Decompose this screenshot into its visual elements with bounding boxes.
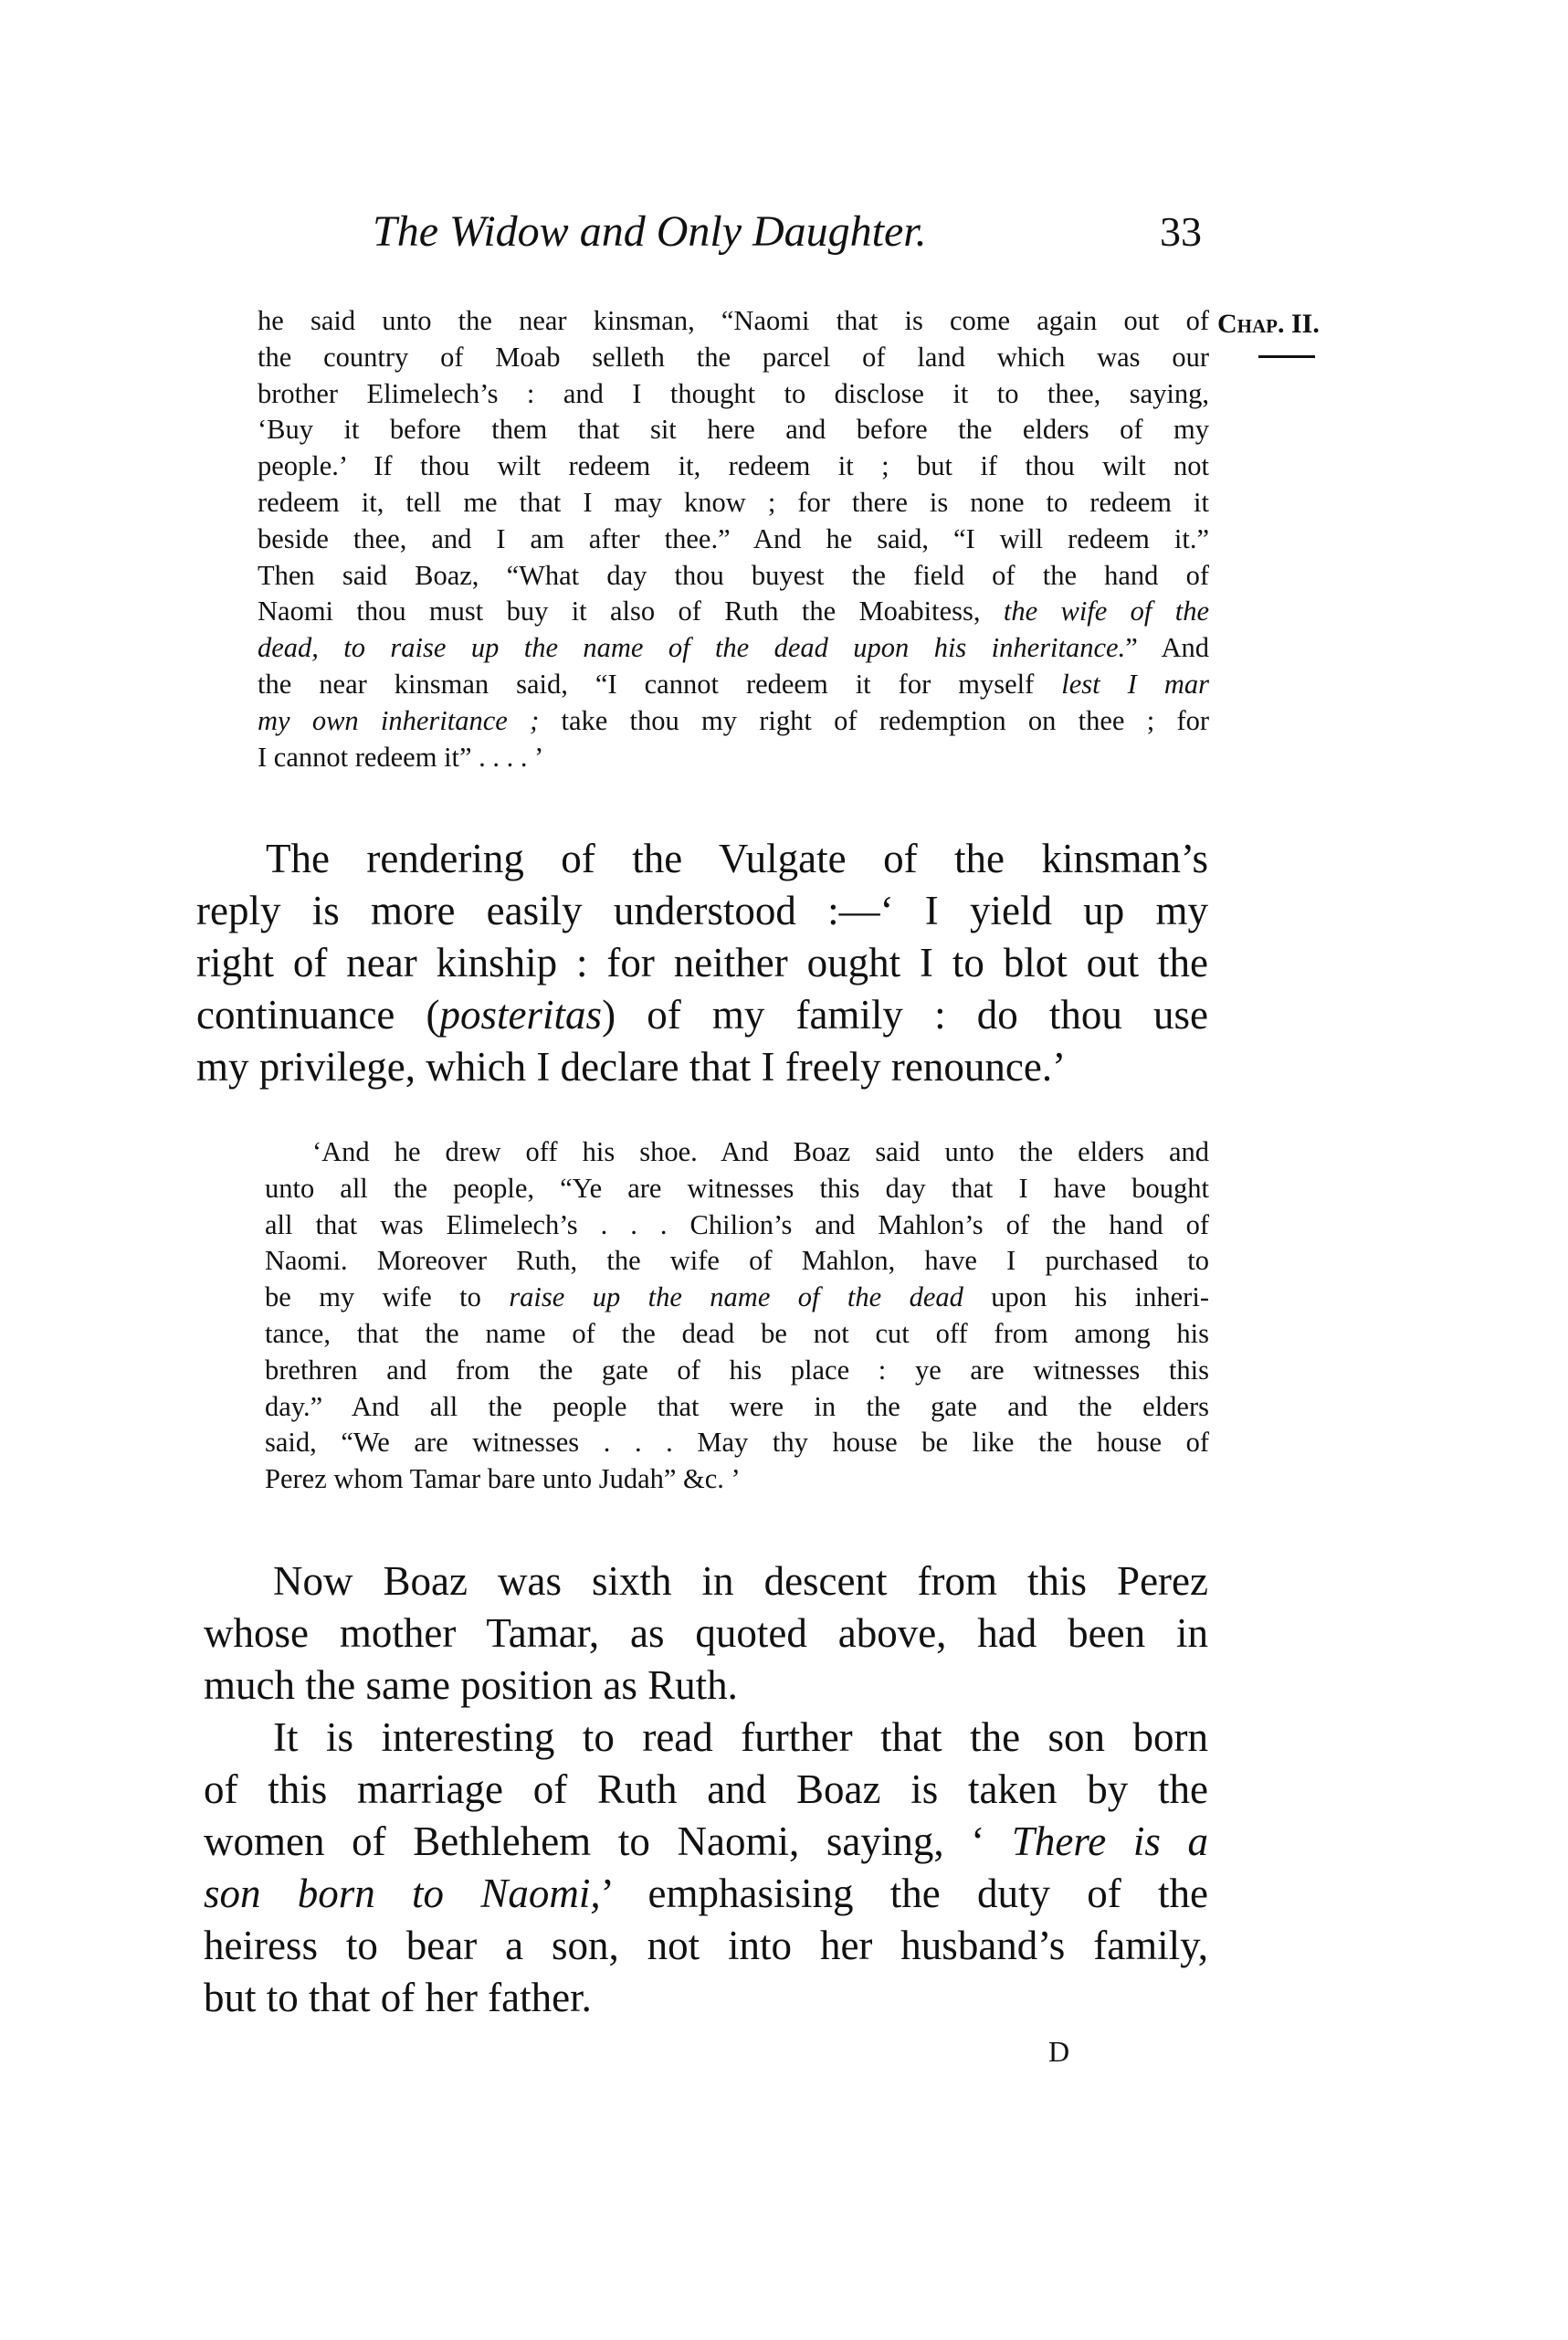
running-title: The Widow and Only Daughter. <box>373 206 927 258</box>
text-line: much the same position as Ruth. <box>204 1660 1208 1712</box>
text-run: my privilege, which I declare that I fre… <box>196 1044 1066 1090</box>
text-line: my privilege, which I declare that I fre… <box>196 1041 1208 1093</box>
text-run: tance, that the name of the dead be not … <box>265 1318 1209 1349</box>
italic-text: raise up the name of the dead <box>509 1281 963 1312</box>
text-run: ’ emphasising the duty of the <box>601 1871 1208 1916</box>
text-run: upon his inheri- <box>963 1281 1209 1312</box>
text-line: brother Elimelech’s : and I thought to d… <box>258 376 1209 413</box>
text-line: said, “We are witnesses . . . May thy ho… <box>265 1425 1209 1461</box>
text-run: unto all the people, “Ye are witnesses t… <box>265 1173 1209 1204</box>
text-line: all that was Elimelech’s . . . Chilion’s… <box>265 1207 1209 1244</box>
text-run: heiress to bear a son, not into her husb… <box>204 1923 1208 1968</box>
text-run: but to that of her father. <box>204 1975 592 2020</box>
text-line: It is interesting to read further that t… <box>204 1712 1208 1764</box>
text-line: of this marriage of Ruth and Boaz is tak… <box>204 1764 1208 1816</box>
text-line: heiress to bear a son, not into her husb… <box>204 1920 1208 1972</box>
quote-block-2: ‘And he drew off his shoe. And Boaz said… <box>265 1134 1209 1498</box>
text-line: people.’ If thou wilt redeem it, redeem … <box>258 448 1209 485</box>
italic-text: my own inheritance ; <box>258 705 539 736</box>
text-run: ‘Buy it before them that sit here and be… <box>258 414 1209 445</box>
quote-block-1: he said unto the near kinsman, “Naomi th… <box>258 303 1209 775</box>
text-run: redeem it, tell me that I may know ; for… <box>258 487 1209 518</box>
text-line: Naomi. Moreover Ruth, the wife of Mahlon… <box>265 1243 1209 1280</box>
italic-text: dead, to raise up the name of the dead u… <box>258 632 1125 663</box>
chapter-side-note: Chap. II. <box>1217 307 1320 342</box>
book-page: The Widow and Only Daughter. 33 Chap. II… <box>0 0 1568 2340</box>
text-line: I cannot redeem it” . . . . ’ <box>258 740 1209 776</box>
text-line: Now Boaz was sixth in descent from this … <box>204 1555 1208 1607</box>
text-run: I cannot redeem it” . . . . ’ <box>258 742 543 773</box>
text-run: the country of Moab selleth the parcel o… <box>258 342 1209 373</box>
side-note-rule <box>1258 355 1315 358</box>
text-run: brethren and from the gate of his place … <box>265 1354 1209 1386</box>
text-line: ‘Buy it before them that sit here and be… <box>258 412 1209 448</box>
text-run: continuance ( <box>196 992 440 1038</box>
text-run: beside thee, and I am after thee.” And h… <box>258 523 1209 554</box>
paragraph-boaz-descent: Now Boaz was sixth in descent from this … <box>204 1555 1208 1712</box>
text-run: he said unto the near kinsman, “Naomi th… <box>258 305 1209 336</box>
text-run: The rendering of the Vulgate of the kins… <box>266 836 1208 881</box>
italic-text: the wife of the <box>1004 596 1209 627</box>
text-run: It is interesting to read further that t… <box>273 1714 1208 1760</box>
text-line: son born to Naomi,’ emphasising the duty… <box>204 1868 1208 1920</box>
text-run: Naomi. Moreover Ruth, the wife of Mahlon… <box>265 1245 1209 1276</box>
text-line: Then said Boaz, “What day thou buyest th… <box>258 558 1209 595</box>
text-run: ) of my family : do thou use <box>602 992 1208 1038</box>
text-line: brethren and from the gate of his place … <box>265 1353 1209 1389</box>
text-line: the country of Moab selleth the parcel o… <box>258 340 1209 376</box>
text-run: people.’ If thou wilt redeem it, redeem … <box>258 450 1209 481</box>
text-line: women of Bethlehem to Naomi, saying, ‘ T… <box>204 1816 1208 1868</box>
text-run: day.” And all the people that were in th… <box>265 1391 1209 1422</box>
text-run: women of Bethlehem to Naomi, saying, ‘ <box>204 1818 1012 1864</box>
text-run: ‘And he drew off his shoe. And Boaz said… <box>312 1136 1209 1167</box>
text-line: but to that of her father. <box>204 1972 1208 2024</box>
text-run: take thou my right of redemption on thee… <box>539 705 1209 736</box>
text-line: reply is more easily understood :—‘ I yi… <box>196 885 1208 937</box>
text-run: Then said Boaz, “What day thou buyest th… <box>258 560 1209 591</box>
text-line: he said unto the near kinsman, “Naomi th… <box>258 303 1209 340</box>
text-run: be my wife to <box>265 1281 509 1312</box>
text-run: all that was Elimelech’s . . . Chilion’s… <box>265 1209 1209 1240</box>
text-line: ‘And he drew off his shoe. And Boaz said… <box>265 1134 1209 1171</box>
text-run: right of near kinship : for neither ough… <box>196 940 1208 986</box>
text-line: tance, that the name of the dead be not … <box>265 1316 1209 1353</box>
text-run: ” And <box>1125 632 1209 663</box>
text-line: redeem it, tell me that I may know ; for… <box>258 485 1209 522</box>
italic-text: posteritas <box>440 992 603 1038</box>
italic-text: son born to Naomi, <box>204 1871 601 1916</box>
text-line: right of near kinship : for neither ough… <box>196 937 1208 989</box>
text-run: of this marriage of Ruth and Boaz is tak… <box>204 1766 1208 1812</box>
text-line: unto all the people, “Ye are witnesses t… <box>265 1171 1209 1207</box>
text-run: Perez whom Tamar bare unto Judah” &c. ’ <box>265 1463 741 1494</box>
text-line: dead, to raise up the name of the dead u… <box>258 630 1209 667</box>
text-line: the near kinsman said, “I cannot redeem … <box>258 667 1209 703</box>
text-run: brother Elimelech’s : and I thought to d… <box>258 378 1209 409</box>
text-line: my own inheritance ; take thou my right … <box>258 703 1209 740</box>
paragraph-vulgate: The rendering of the Vulgate of the kins… <box>196 833 1208 1093</box>
text-run: much the same position as Ruth. <box>204 1662 738 1708</box>
italic-text: lest I mar <box>1061 669 1209 700</box>
text-run: said, “We are witnesses . . . May thy ho… <box>265 1427 1209 1458</box>
text-run: the near kinsman said, “I cannot redeem … <box>258 669 1061 700</box>
text-line: whose mother Tamar, as quoted above, had… <box>204 1607 1208 1660</box>
text-line: be my wife to raise up the name of the d… <box>265 1280 1209 1316</box>
signature-mark: D <box>1048 2035 1069 2068</box>
text-line: continuance (posteritas) of my family : … <box>196 989 1208 1041</box>
text-line: beside thee, and I am after thee.” And h… <box>258 522 1209 558</box>
text-run: Naomi thou must buy it also of Ruth the … <box>258 596 1004 627</box>
paragraph-son-born: It is interesting to read further that t… <box>204 1712 1208 2024</box>
text-run: Now Boaz was sixth in descent from this … <box>273 1558 1208 1604</box>
text-run: whose mother Tamar, as quoted above, had… <box>204 1610 1208 1656</box>
italic-text: There is a <box>1012 1818 1208 1864</box>
text-run: reply is more easily understood :—‘ I yi… <box>196 888 1208 933</box>
text-line: Perez whom Tamar bare unto Judah” &c. ’ <box>265 1461 1209 1498</box>
page-number: 33 <box>1160 206 1202 258</box>
text-line: Naomi thou must buy it also of Ruth the … <box>258 594 1209 630</box>
chapter-label: Chap. II. <box>1217 309 1320 339</box>
text-line: day.” And all the people that were in th… <box>265 1389 1209 1426</box>
text-line: The rendering of the Vulgate of the kins… <box>196 833 1208 885</box>
